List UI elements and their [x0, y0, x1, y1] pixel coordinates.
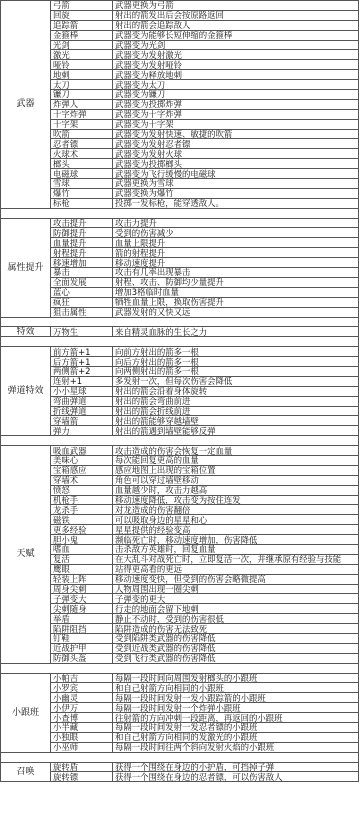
category-cell: 弹道特效: [1, 347, 51, 436]
item-name-cell: 血量提升: [51, 238, 113, 248]
table-row: 太刀武器变为太刀: [1, 80, 359, 90]
table-row: 吹箭武器变为发射快速、敏捷的吹箭: [1, 129, 359, 139]
item-desc-cell: 武器变为十字炸弹: [113, 109, 359, 119]
table-row: 雪球武器更换为雪球: [1, 179, 359, 189]
item-name-cell: 雪球: [51, 179, 113, 189]
table-row: 周身尖刺人物周围出现一圈尖刺: [1, 584, 359, 594]
spacer-cell: [1, 436, 359, 446]
item-name-cell: 全面发展: [51, 277, 113, 287]
item-desc-cell: 向两侧射出的箭多一根: [113, 366, 359, 376]
item-name-cell: 小伊万: [51, 703, 113, 713]
item-desc-cell: 和自己射箭方向相同的发激光的小跟班: [113, 732, 359, 742]
table-row: 爆竹武器变换为爆竹: [1, 188, 359, 198]
item-desc-cell: 武器变为发射哑铃: [113, 60, 359, 70]
spacer-cell: [1, 317, 359, 327]
table-row: 陷阱阻挡陷阱造成的伤害无法致死: [1, 624, 359, 634]
table-row: 光剑武器变为光剑: [1, 40, 359, 50]
item-desc-cell: 武器变为飞行缓慢的电磁球: [113, 169, 359, 179]
item-desc-cell: 武器变为发射忍者镖: [113, 139, 359, 149]
table-row: 移速增加移动速度提升: [1, 258, 359, 268]
category-cell: 属性提升: [1, 218, 51, 317]
item-desc-cell: 射出的箭会折线前进: [113, 406, 359, 416]
item-desc-cell: 武器变为释放地刺: [113, 70, 359, 80]
item-desc-cell: 对龙造成的伤害翻倍: [113, 505, 359, 515]
table-row: 龙杀手对龙造成的伤害翻倍: [1, 505, 359, 515]
item-name-cell: 金箍棒: [51, 30, 113, 40]
skill-table-sheet: 武器弓箭武器更换为弓箭回旋射出的箭发出后会按原路返回追踪箭射出的箭会追踪敌人金箍…: [0, 0, 358, 782]
table-row: 宝箱感应感应地图上出现的宝箱位置: [1, 465, 359, 475]
table-row: 小巫师每隔一段时间往两个斜向发射火焰的小跟班: [1, 742, 359, 752]
item-name-cell: 攻击提升: [51, 218, 113, 228]
item-desc-cell: 每隔一段时间发射一个炸弹小跟班: [113, 703, 359, 713]
spacer-cell: [1, 208, 359, 218]
item-name-cell: 防御头盔: [51, 653, 113, 663]
table-row: 金箍棒武器变为能够长短伸缩的金箍棒: [1, 30, 359, 40]
item-name-cell: 小查博: [51, 713, 113, 723]
item-name-cell: 弹力: [51, 426, 113, 436]
table-row: 天赋吸血武器攻击造成的伤害会恢复一定血量: [1, 446, 359, 456]
item-desc-cell: 射出的箭会追踪敌人: [113, 20, 359, 30]
item-name-cell: 吹箭: [51, 129, 113, 139]
item-desc-cell: 射程、攻击、防御均少量提升: [113, 277, 359, 287]
table-row: 十字架武器变为十字架: [1, 119, 359, 129]
item-name-cell: 十字炸弹: [51, 109, 113, 119]
item-name-cell: 小半藏: [51, 723, 113, 733]
spacer-cell: [1, 663, 359, 673]
item-desc-cell: 子弹变的更大: [113, 594, 359, 604]
item-desc-cell: 移动速度提升: [113, 258, 359, 268]
item-name-cell: 小独眼: [51, 732, 113, 742]
table-row: 小跟班小帕吉每隔一段时间向周围发射榔头的小跟班: [1, 673, 359, 683]
item-name-cell: 前方箭+1: [51, 347, 113, 357]
item-desc-cell: 武器变为十字架: [113, 119, 359, 129]
table-row: 复活在大乱斗对战死亡时，立即复活一次，并继承原有经验与技能: [1, 554, 359, 564]
item-desc-cell: 武器变为发射火球: [113, 149, 359, 159]
item-desc-cell: 受到飞行类武器的伤害降低: [113, 653, 359, 663]
item-name-cell: 榔头: [51, 159, 113, 169]
category-cell: 武器: [1, 1, 51, 209]
item-name-cell: 狙击属性: [51, 307, 113, 317]
table-row: 两侧箭+2向两侧射出的箭多一根: [1, 366, 359, 376]
item-desc-cell: 武器变为投掷榔头: [113, 159, 359, 169]
item-name-cell: 追踪箭: [51, 20, 113, 30]
item-desc-cell: 射出的箭能够穿越墙壁: [113, 416, 359, 426]
item-desc-cell: 武器发射的又快又远: [113, 307, 359, 317]
table-row: 十字炸弹武器变为十字炸弹: [1, 109, 359, 119]
item-desc-cell: 增加3格临时血量: [113, 287, 359, 297]
item-desc-cell: 击杀敌方英雄时，回复血量: [113, 544, 359, 554]
item-name-cell: 忍者镖: [51, 139, 113, 149]
item-desc-cell: 攻击造成的伤害会恢复一定血量: [113, 446, 359, 456]
spacer-cell: [1, 337, 359, 347]
item-name-cell: 激光: [51, 50, 113, 60]
category-cell: 小跟班: [1, 673, 51, 752]
table-row: 忍者镖武器变为发射忍者镖: [1, 139, 359, 149]
item-desc-cell: 射出的箭遇到墙壁能够反弹: [113, 426, 359, 436]
item-desc-cell: 每隔一段时间向周围发射榔头的小跟班: [113, 673, 359, 683]
table-row: 防御头盔受到飞行类武器的伤害降低: [1, 653, 359, 663]
table-row: 蓝心增加3格临时血量: [1, 287, 359, 297]
table-row: 激光武器变为发射激光: [1, 50, 359, 60]
table-row: 狙击属性武器发射的又快又远: [1, 307, 359, 317]
item-name-cell: 标枪: [51, 198, 113, 208]
item-name-cell: 鹰眼: [51, 564, 113, 574]
item-name-cell: 蓝心: [51, 287, 113, 297]
table-row: 机枪手移动速度降低，攻击变为按住连发: [1, 495, 359, 505]
item-name-cell: 陷阱阻挡: [51, 624, 113, 634]
table-row: 弹力射出的箭遇到墙壁能够反弹: [1, 426, 359, 436]
table-row: 小伊万每隔一段时间发射一个炸弹小跟班: [1, 703, 359, 713]
item-desc-cell: 陷阱造成的伤害无法致死: [113, 624, 359, 634]
item-desc-cell: 星星提供的经验变高: [113, 525, 359, 535]
table-row: 电磁球武器变为飞行缓慢的电磁球: [1, 169, 359, 179]
spacer-cell: [1, 752, 359, 762]
item-name-cell: 暴击: [51, 268, 113, 278]
table-row: 武器弓箭武器更换为弓箭: [1, 1, 359, 11]
table-row: 鹰眼站得更高看的更远: [1, 564, 359, 574]
item-desc-cell: 武器更换为弓箭: [113, 1, 359, 11]
item-name-cell: 镰刀: [51, 90, 113, 100]
table-row: 美味心每次能回复更高的血量: [1, 455, 359, 465]
table-row: 旋转镖获得一个围绕在身边的忍者镖，可以伤害敌人: [1, 772, 359, 782]
item-desc-cell: 感应地图上出现的宝箱位置: [113, 465, 359, 475]
item-desc-cell: 血量上限提升: [113, 238, 359, 248]
item-name-cell: 钉鞋: [51, 634, 113, 644]
item-desc-cell: 向后方射出的箭多一根: [113, 357, 359, 367]
item-desc-cell: 静止不动时，受到的伤害很低: [113, 614, 359, 624]
item-name-cell: 防御提升: [51, 228, 113, 238]
item-name-cell: 磁铁: [51, 515, 113, 525]
table-row: 后方箭+1向后方射出的箭多一根: [1, 357, 359, 367]
item-name-cell: 旋转镖: [51, 772, 113, 782]
item-desc-cell: 每隔一段时间往两个斜向发射火焰的小跟班: [113, 742, 359, 752]
item-desc-cell: 武器变为太刀: [113, 80, 359, 90]
item-name-cell: 举盾: [51, 614, 113, 624]
table-row: 追踪箭射出的箭会追踪敌人: [1, 20, 359, 30]
item-name-cell: 炸弹人: [51, 99, 113, 109]
item-name-cell: 近战护甲: [51, 643, 113, 653]
item-name-cell: 回旋: [51, 10, 113, 20]
item-desc-cell: 向前方射出的箭多一根: [113, 347, 359, 357]
item-name-cell: 宝箱感应: [51, 465, 113, 475]
item-name-cell: 小罗宾: [51, 683, 113, 693]
item-name-cell: 哑铃: [51, 60, 113, 70]
category-cell: 特效: [1, 327, 51, 337]
item-name-cell: 连射+1: [51, 376, 113, 386]
item-desc-cell: 武器变为光剑: [113, 40, 359, 50]
item-desc-cell: 可以吸取身边的星星和心: [113, 515, 359, 525]
item-name-cell: 轻装上阵: [51, 574, 113, 584]
item-desc-cell: 移动速度变快，但受到的伤害会略微提高: [113, 574, 359, 584]
item-desc-cell: 武器变为发射激光: [113, 50, 359, 60]
table-row: 子弹变大子弹变的更大: [1, 594, 359, 604]
table-row: 暴击攻击有几率出现暴击: [1, 268, 359, 278]
table-row: 穿墙箭射出的箭能够穿越墙壁: [1, 416, 359, 426]
table-row: 小半藏每隔一段时间发射一发忍者镖的小跟班: [1, 723, 359, 733]
table-row: 小独眼和自己射箭方向相同的发激光的小跟班: [1, 732, 359, 742]
item-name-cell: 穿墙术: [51, 475, 113, 485]
table-row: 小幽灵每隔一段时间发射一发小跟踪箭的小跟班: [1, 693, 359, 703]
item-desc-cell: 武器变为投掷炸弹: [113, 99, 359, 109]
item-desc-cell: 受到近战类武器的伤害降低: [113, 643, 359, 653]
table-row: 哑铃武器变为发射哑铃: [1, 60, 359, 70]
table-row: 嗜血击杀敌方英雄时，回复血量: [1, 544, 359, 554]
item-desc-cell: 角色可以穿过墙壁移动: [113, 475, 359, 485]
item-name-cell: 小巫师: [51, 742, 113, 752]
table-row: 疯狂牺牲血量上限，换取伤害提升: [1, 297, 359, 307]
item-name-cell: 复活: [51, 554, 113, 564]
table-row: 防御提升受到的伤害减少: [1, 228, 359, 238]
item-name-cell: 机枪手: [51, 495, 113, 505]
item-name-cell: 龙杀手: [51, 505, 113, 515]
item-name-cell: 尖刺随身: [51, 604, 113, 614]
skill-table: 武器弓箭武器更换为弓箭回旋射出的箭发出后会按原路返回追踪箭射出的箭会追踪敌人金箍…: [0, 0, 359, 782]
group-spacer: [1, 663, 359, 673]
group-spacer: [1, 317, 359, 327]
item-name-cell: 电磁球: [51, 169, 113, 179]
item-name-cell: 愤怒: [51, 485, 113, 495]
item-name-cell: 万物生: [51, 327, 113, 337]
item-desc-cell: 行走的地面会留下地刺: [113, 604, 359, 614]
table-row: 镰刀武器变为镰刀: [1, 90, 359, 100]
item-desc-cell: 武器变换为爆竹: [113, 188, 359, 198]
item-name-cell: 嗜血: [51, 544, 113, 554]
item-desc-cell: 攻击有几率出现暴击: [113, 268, 359, 278]
item-name-cell: 火球术: [51, 149, 113, 159]
table-row: 钉鞋受到陷阱类武器的伤害降低: [1, 634, 359, 644]
table-row: 穿墙术角色可以穿过墙壁移动: [1, 475, 359, 485]
table-row: 特效万物生来自精灵血脉的生长之力: [1, 327, 359, 337]
table-row: 炸弹人武器变为投掷炸弹: [1, 99, 359, 109]
item-name-cell: 小帕吉: [51, 673, 113, 683]
item-name-cell: 穿墙箭: [51, 416, 113, 426]
item-name-cell: 小小星球: [51, 386, 113, 396]
table-row: 折线弹道射出的箭会折线前进: [1, 406, 359, 416]
table-row: 近战护甲受到近战类武器的伤害降低: [1, 643, 359, 653]
item-desc-cell: 获得一个围绕在身边的小护盾，可挡掉子弹: [113, 762, 359, 772]
item-desc-cell: 武器变为发射快速、敏捷的吹箭: [113, 129, 359, 139]
item-desc-cell: 来自精灵血脉的生长之力: [113, 327, 359, 337]
item-desc-cell: 射出的箭会沿着身体旋转: [113, 386, 359, 396]
item-desc-cell: 受到的伤害减少: [113, 228, 359, 238]
table-row: 更多经验星星提供的经验变高: [1, 525, 359, 535]
table-row: 小罗宾和自己射箭方向相同的小跟班: [1, 683, 359, 693]
table-row: 磁铁可以吸取身边的星星和心: [1, 515, 359, 525]
item-name-cell: 折线弹道: [51, 406, 113, 416]
table-row: 榔头武器变为投掷榔头: [1, 159, 359, 169]
table-row: 地刺武器变为释放地刺: [1, 70, 359, 80]
table-row: 火球术武器变为发射火球: [1, 149, 359, 159]
item-desc-cell: 站得更高看的更远: [113, 564, 359, 574]
table-row: 弹道特效前方箭+1向前方射出的箭多一根: [1, 347, 359, 357]
item-name-cell: 疯狂: [51, 297, 113, 307]
item-desc-cell: 每隔一段时间发射一发忍者镖的小跟班: [113, 723, 359, 733]
group-spacer: [1, 337, 359, 347]
item-desc-cell: 投掷一发标枪，能穿透敌人。: [113, 198, 359, 208]
table-row: 连射+1多发射一次，但每次伤害会降低: [1, 376, 359, 386]
group-spacer: [1, 752, 359, 762]
item-desc-cell: 受到陷阱类武器的伤害降低: [113, 634, 359, 644]
table-row: 轻装上阵移动速度变快，但受到的伤害会略微提高: [1, 574, 359, 584]
item-desc-cell: 获得一个围绕在身边的忍者镖，可以伤害敌人: [113, 772, 359, 782]
item-name-cell: 更多经验: [51, 525, 113, 535]
item-desc-cell: 人物周围出现一圈尖刺: [113, 584, 359, 594]
table-row: 尖刺随身行走的地面会留下地刺: [1, 604, 359, 614]
table-row: 回旋射出的箭发出后会按原路返回: [1, 10, 359, 20]
item-desc-cell: 多发射一次，但每次伤害会降低: [113, 376, 359, 386]
item-name-cell: 美味心: [51, 455, 113, 465]
item-name-cell: 子弹变大: [51, 594, 113, 604]
item-desc-cell: 在大乱斗对战死亡时，立即复活一次，并继承原有经验与技能: [113, 554, 359, 564]
table-row: 召唤旋转盾获得一个围绕在身边的小护盾，可挡掉子弹: [1, 762, 359, 772]
item-desc-cell: 往射箭的方向冲刺一段距离，再返回的小跟班: [113, 713, 359, 723]
item-desc-cell: 攻击力提升: [113, 218, 359, 228]
item-desc-cell: 每隔一段时间发射一发小跟踪箭的小跟班: [113, 693, 359, 703]
item-name-cell: 小幽灵: [51, 693, 113, 703]
item-name-cell: 吸血武器: [51, 446, 113, 456]
item-desc-cell: 移动速度降低，攻击变为按住连发: [113, 495, 359, 505]
item-name-cell: 光剑: [51, 40, 113, 50]
item-name-cell: 射程提升: [51, 248, 113, 258]
item-name-cell: 爆竹: [51, 188, 113, 198]
item-desc-cell: 射出的箭发出后会按原路返回: [113, 10, 359, 20]
table-row: 小小星球射出的箭会沿着身体旋转: [1, 386, 359, 396]
table-row: 全面发展射程、攻击、防御均少量提升: [1, 277, 359, 287]
category-cell: 召唤: [1, 762, 51, 782]
table-row: 标枪投掷一发标枪，能穿透敌人。: [1, 198, 359, 208]
item-name-cell: 地刺: [51, 70, 113, 80]
table-row: 血量提升血量上限提升: [1, 238, 359, 248]
item-name-cell: 后方箭+1: [51, 357, 113, 367]
item-name-cell: 移速增加: [51, 258, 113, 268]
item-name-cell: 弯曲弹道: [51, 396, 113, 406]
table-row: 射程提升箭的射程提升: [1, 248, 359, 258]
category-cell: 天赋: [1, 446, 51, 664]
item-desc-cell: 和自己射箭方向相同的小跟班: [113, 683, 359, 693]
table-row: 属性提升攻击提升攻击力提升: [1, 218, 359, 228]
item-desc-cell: 射出的箭会弯曲前进: [113, 396, 359, 406]
item-desc-cell: 箭的射程提升: [113, 248, 359, 258]
item-desc-cell: 武器变为能够长短伸缩的金箍棒: [113, 30, 359, 40]
item-name-cell: 胆小鬼: [51, 535, 113, 545]
table-row: 胆小鬼濒临死亡时，移动速度增加，伤害降低: [1, 535, 359, 545]
table-row: 举盾静止不动时，受到的伤害很低: [1, 614, 359, 624]
item-desc-cell: 濒临死亡时，移动速度增加，伤害降低: [113, 535, 359, 545]
item-name-cell: 周身尖刺: [51, 584, 113, 594]
group-spacer: [1, 436, 359, 446]
item-name-cell: 旋转盾: [51, 762, 113, 772]
table-row: 弯曲弹道射出的箭会弯曲前进: [1, 396, 359, 406]
table-row: 愤怒血量越少时，攻击力越高: [1, 485, 359, 495]
item-name-cell: 弓箭: [51, 1, 113, 11]
item-desc-cell: 每次能回复更高的血量: [113, 455, 359, 465]
table-row: 小查博往射箭的方向冲刺一段距离，再返回的小跟班: [1, 713, 359, 723]
item-desc-cell: 牺牲血量上限，换取伤害提升: [113, 297, 359, 307]
item-desc-cell: 武器更换为雪球: [113, 179, 359, 189]
item-desc-cell: 武器变为镰刀: [113, 90, 359, 100]
item-name-cell: 十字架: [51, 119, 113, 129]
item-desc-cell: 血量越少时，攻击力越高: [113, 485, 359, 495]
group-spacer: [1, 208, 359, 218]
item-name-cell: 两侧箭+2: [51, 366, 113, 376]
item-name-cell: 太刀: [51, 80, 113, 90]
